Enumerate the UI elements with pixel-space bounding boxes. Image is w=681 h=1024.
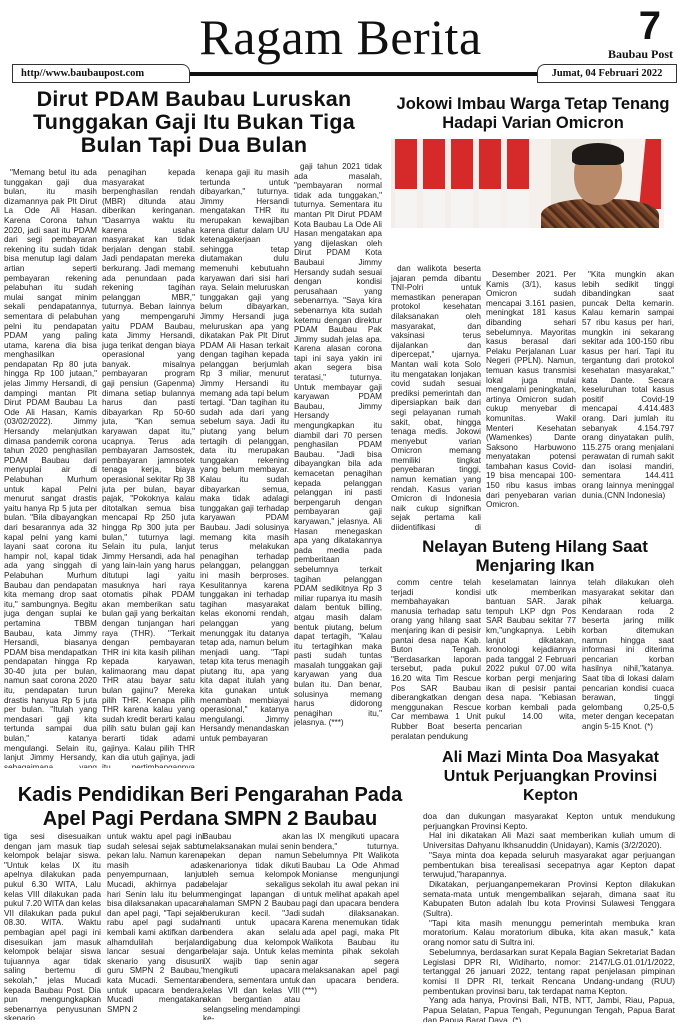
- jokowi-article-column-2: Desember 2021. Per Kamis (3/1), kasus Om…: [486, 270, 576, 532]
- main-article-column-4: gaji tahun 2021 tidak ada masalah, "pemb…: [294, 162, 382, 768]
- jokowi-article-headline: Jokowi Imbau Warga Tetap Tenang Hadapi V…: [388, 95, 678, 133]
- alimazi-article-body: doa dan dukungan masyarakat Kepton untuk…: [423, 812, 675, 1022]
- kadis-article-column-2: untuk waktu apel pagi ini sudah selesai …: [107, 832, 204, 1020]
- section-title: Ragam Berita: [0, 10, 681, 64]
- flag-icon: [423, 139, 445, 228]
- kadis-article-column-4: las IX mengikuti upacara bendera," tutur…: [302, 832, 399, 1020]
- kadis-article-headline: Kadis Pendidikan Beri Pengarahan Pada Ap…: [5, 783, 415, 831]
- flag-icon: [507, 139, 529, 228]
- main-article-column-1: "Memang betul itu ada tunggakan gaji dua…: [4, 168, 97, 768]
- jokowi-article-column-3: "Kita mungkin akan lebih sedikit tinggi …: [582, 270, 674, 532]
- masthead-rule: [175, 72, 546, 76]
- newspaper-name: Baubau Post: [608, 47, 673, 62]
- nelayan-article-column-1: comm centre telah terjadi kondisi membah…: [391, 578, 481, 744]
- flag-icon: [451, 139, 473, 228]
- news-photo-icon: [391, 139, 664, 228]
- jokowi-article-column-1: dan walikota beserta jajaran pemda diban…: [391, 264, 481, 532]
- website-url: http//www.baubaupost.com: [12, 64, 190, 83]
- kadis-article-column-3: Baubau akan melaksanakan mulai senin pek…: [203, 832, 300, 1020]
- flag-icon: [395, 139, 417, 228]
- nelayan-article-column-2: keselamatan lainnya utk memberikan bantu…: [486, 578, 576, 744]
- issue-date: Jumat, 04 Februari 2022: [537, 64, 677, 83]
- alimazi-article-headline: Ali Mazi Minta Doa Masyakat Untuk Perjua…: [420, 748, 681, 805]
- page-number: 7: [639, 6, 661, 46]
- flag-icon: [479, 139, 501, 228]
- nelayan-article-column-3: telah dilakukan oleh masyarakat sekitar …: [582, 578, 674, 744]
- main-article-headline: Dirut PDAM Baubau Luruskan Tunggakan Gaj…: [4, 88, 384, 157]
- main-article-column-2: penagihan kepada masyarakat berpenghasil…: [102, 168, 195, 768]
- nelayan-article-headline: Nelayan Buteng Hilang Saat Menjaring Ika…: [390, 537, 680, 575]
- main-article-column-3: kenapa gaji itu masih tertunda untuk dib…: [200, 168, 289, 768]
- kadis-article-column-1: tiga sesi disesuaikan dengan jam masuk t…: [4, 832, 101, 1020]
